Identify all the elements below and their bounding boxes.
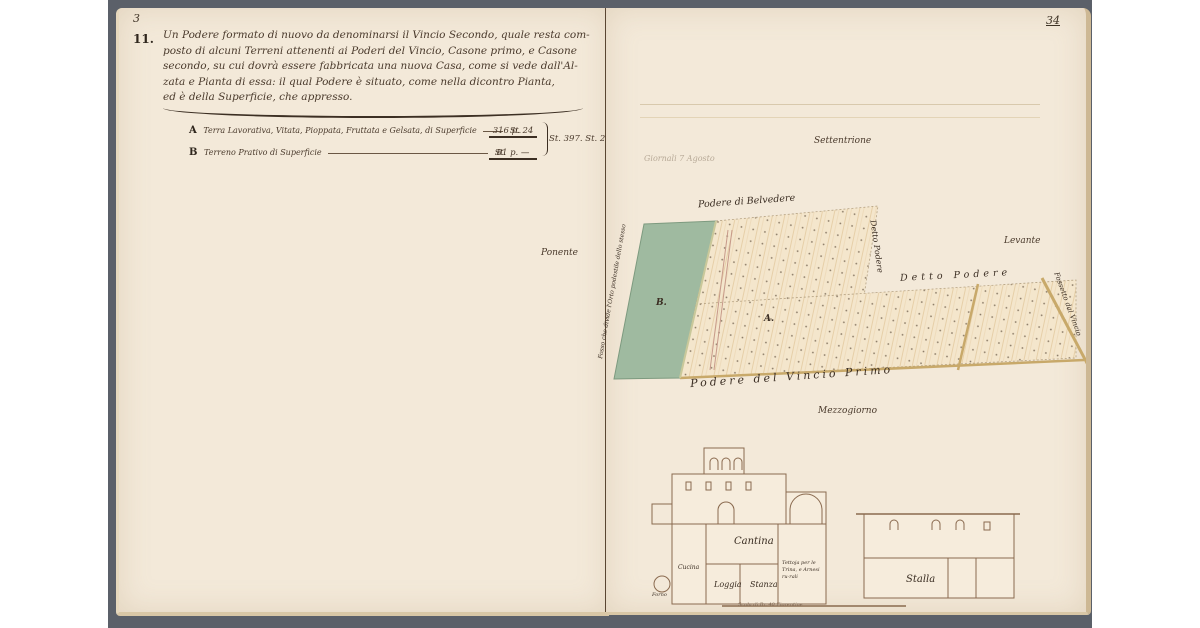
description-line: Un Podere formato di nuovo da denominars… [163,28,583,44]
flourish-divider [163,106,583,118]
compass-west-label: Ponente [541,248,578,258]
sum-brace [541,122,548,156]
parcel-row-b: B Terreno Prativo di Superficie St. [189,147,506,158]
parcel-value-b: 81 p. — [489,148,537,160]
parcel-letter: B [189,147,197,158]
left-page: 3 11. Un Podere formato di nuovo da deno… [116,8,609,616]
leader-line [328,153,488,154]
parcel-label: Terra Lavorativa, Vitata, Pioppata, Frut… [203,126,476,135]
room-label-tettoja: Tettoja per le Trina, e Arnesi ru-rali [782,560,822,581]
description-line: secondo, su cui dovrà essere fabbricata … [163,59,583,75]
scale-caption: Scala di Br. 40 Fiorentine [738,602,803,608]
total-area: St. 397. St. 24 [549,134,611,144]
room-label-cucina: Cucina [678,564,699,571]
right-page: 34 Settentrione Giornali 7 Agosto Levant… [606,8,1091,615]
parcel-letter: A [189,125,197,136]
description-line: zata e Pianta di essa: il qual Podere è … [163,75,583,91]
room-label-stanza: Stanza [750,580,778,589]
description-line: posto di alcuni Terreni attenenti ai Pod… [163,44,583,60]
room-label-loggia: Loggia [714,580,742,589]
parcel-value-a: 316 p. 24 [489,126,537,138]
open-ledger-book: 3 11. Un Podere formato di nuovo da deno… [112,8,1090,620]
farmhouse-elevation-and-plan [606,8,1086,612]
page-number: 3 [133,12,140,25]
entry-number: 11. [133,32,154,46]
parcel-row-a: A Terra Lavorativa, Vitata, Pioppata, Fr… [189,125,521,136]
room-label-forno: Forno [652,592,667,598]
parcel-label: Terreno Prativo di Superficie [204,148,322,157]
entry-description: Un Podere formato di nuovo da denominars… [163,28,583,106]
description-line: ed è della Superficie, che appresso. [163,90,583,106]
room-label-cantina: Cantina [734,536,774,547]
barn-label-stalla: Stalla [906,574,935,585]
